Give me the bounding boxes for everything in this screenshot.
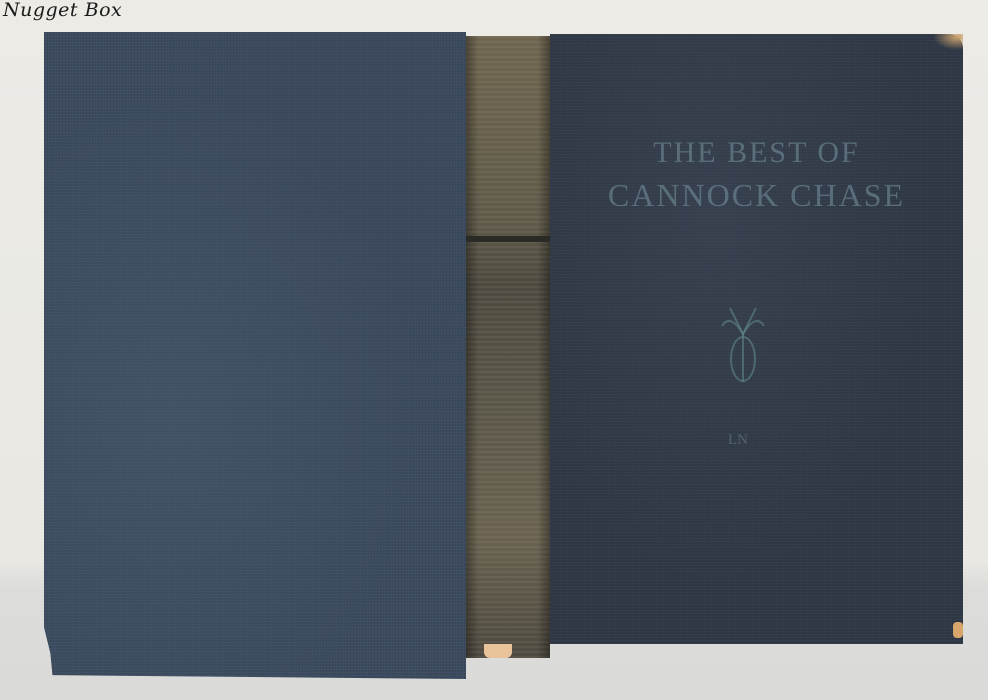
book-spine xyxy=(466,36,550,658)
corner-wear xyxy=(933,34,963,50)
spine-band xyxy=(466,236,550,242)
corner-wear-bottom xyxy=(953,622,963,638)
watermark-text: Nugget Box xyxy=(3,0,122,21)
spine-worn-chip xyxy=(484,644,512,658)
cover-initials: LN xyxy=(728,432,748,449)
cover-title-line1: THE BEST OF xyxy=(550,136,963,170)
book-back-cover xyxy=(44,32,466,679)
cover-title-line2: CANNOCK CHASE xyxy=(550,177,963,214)
ornamental-monogram-icon xyxy=(718,304,768,394)
book-front-cover: THE BEST OF CANNOCK CHASE LN xyxy=(550,34,963,644)
